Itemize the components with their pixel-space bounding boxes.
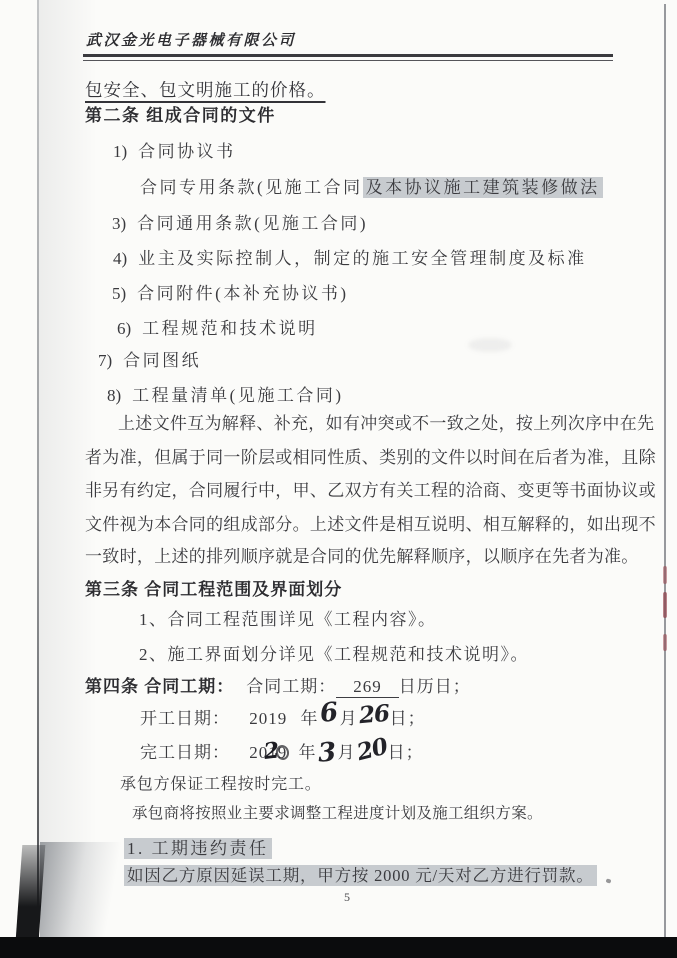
start-date-row: 开工日期： 2019 年6月26日； [140, 703, 426, 729]
start-date-label: 开工日期： [140, 709, 230, 728]
item-text: 合同通用条款(见施工合同) [137, 214, 368, 233]
list-item: 3)合同通用条款(见施工合同) [112, 209, 368, 234]
paragraph-line: 文件视为本合同的组成部分。上述文件是相互说明、相互解释的，如出现不 [85, 510, 656, 535]
duration-label: 合同工期： [246, 677, 336, 696]
item-number: 7) [98, 351, 112, 371]
article3-item: 2、施工界面划分详见《工程规范和技术说明》。 [139, 640, 529, 665]
scan-bottom-black-bar [0, 937, 677, 958]
highlighted-text: 1. 工期违约责任 [124, 838, 272, 859]
paragraph-line: 上述文件互为解释、补充，如有冲突或不一致之处，按上列次序中在先 [118, 409, 654, 434]
promise-line: 承包方保证工程按时完工。 [120, 771, 322, 794]
highlighted-text: 及本协议施工建筑装修做法 [363, 177, 603, 198]
unit-month: 月 [340, 709, 358, 728]
liability-line: 如因乙方原因延误工期，甲方按 2000 元/天对乙方进行罚款。 [124, 862, 597, 886]
paragraph-line: 非另有约定，合同履行中，甲、乙双方有关工程的洽商、变更等书面协议或 [85, 476, 656, 501]
item-text: 合同协议书 [138, 142, 236, 161]
stray-ink-dot [605, 878, 611, 883]
handwritten-start-month: 6 [318, 699, 340, 727]
liability-title: 1. 工期违约责任 [124, 834, 272, 859]
red-ink-mark [663, 592, 667, 618]
unit-month: 月 [338, 743, 356, 762]
page-right-edge-line [664, 4, 666, 937]
handwritten-finish-day: 20 [354, 735, 389, 765]
page-left-shading [39, 0, 97, 940]
list-item: 1)合同协议书 [113, 137, 236, 162]
article3-title: 第三条 合同工程范围及界面划分 [85, 575, 342, 600]
paragraph-line: 者为准，但属于同一阶层或相同性质、类别的文件以时间在后者为准，且除 [85, 443, 656, 468]
scan-smudge [468, 338, 512, 352]
article2-title: 第二条 组成合同的文件 [85, 101, 276, 126]
item-text: 合同专用条款(见施工合同 [140, 178, 363, 197]
item-number: 6) [117, 319, 131, 339]
page-curl-shadow [40, 842, 128, 938]
article4-duration-row: 第四条 合同工期：合同工期：269日历日； [85, 672, 471, 698]
unit-year: 年 [299, 743, 317, 762]
start-year: 2019 [249, 709, 287, 728]
item-number: 3) [112, 214, 126, 234]
handwritten-finish-month: 3 [317, 739, 338, 766]
list-item: 6)工程规范和技术说明 [117, 314, 318, 339]
item-text: 合同图纸 [123, 351, 201, 370]
paragraph-line: 一致时，上述的排列顺序就是合同的优先解释顺序，以顺序在先者为准。 [85, 542, 639, 567]
item-number: 5) [112, 284, 126, 304]
item-text: 工程规范和技术说明 [142, 319, 318, 338]
scanned-contract-page: 武汉金光电子器械有限公司 包安全、包文明施工的价格。 第二条 组成合同的文件 1… [0, 0, 677, 958]
header-rule-thick [83, 54, 613, 57]
list-item: 4)业主及实际控制人，制定的施工安全管理制度及标准 [113, 244, 587, 269]
finish-date-row: 完工日期： 20129 年3月20日； [140, 737, 424, 763]
unit-year: 年 [301, 709, 319, 728]
adjust-line: 承包商将按照业主要求调整工程进度计划及施工组织方案。 [132, 801, 543, 823]
item-number: 1) [113, 142, 127, 162]
item-number: 8) [107, 386, 121, 406]
duration-days-value: 269 [336, 677, 399, 698]
list-item: 7)合同图纸 [98, 346, 201, 371]
company-name-header: 武汉金光电子器械有限公司 [86, 29, 296, 50]
list-item: 5)合同附件(本补充协议书) [112, 279, 349, 304]
header-rule-thin [83, 60, 613, 61]
list-item: 合同专用条款(见施工合同及本协议施工建筑装修做法 [140, 173, 603, 198]
red-ink-mark [663, 634, 667, 651]
item-text: 合同附件(本补充协议书) [137, 284, 348, 303]
finish-year-last-digit: 9 [278, 743, 288, 763]
unit-day: 日； [388, 743, 424, 762]
duration-suffix: 日历日； [399, 677, 471, 696]
unit-day: 日； [390, 709, 426, 728]
item-text: 工程量清单(见施工合同) [132, 386, 343, 405]
red-ink-mark [663, 566, 667, 584]
item-number: 4) [113, 249, 127, 269]
highlighted-text: 如因乙方原因延误工期，甲方按 2000 元/天对乙方进行罚款。 [124, 865, 597, 886]
handwritten-start-day: 26 [358, 702, 390, 728]
page-left-edge-line [37, 0, 39, 945]
article3-item: 1、合同工程范围详见《工程内容》。 [139, 605, 437, 630]
finish-date-label: 完工日期： [140, 743, 230, 762]
carryover-clause-line: 包安全、包文明施工的价格。 [85, 77, 326, 102]
page-number: 5 [344, 890, 350, 905]
list-item: 8)工程量清单(见施工合同) [107, 381, 344, 406]
article4-title: 第四条 合同工期： [85, 677, 234, 696]
item-text: 业主及实际控制人，制定的施工安全管理制度及标准 [138, 249, 587, 268]
